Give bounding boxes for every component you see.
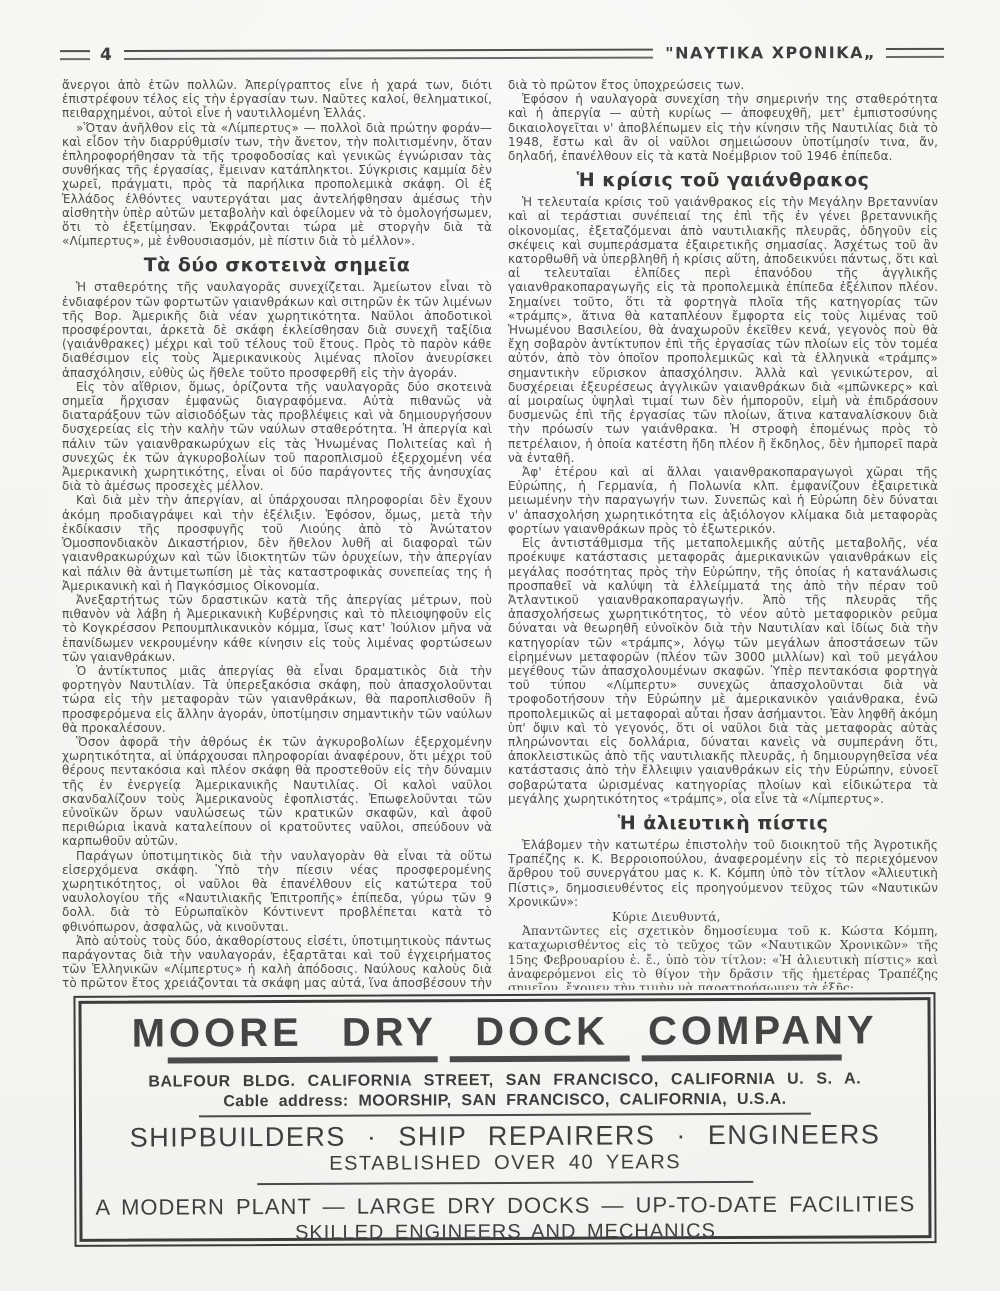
article-paragraph: Ἐλάβομεν τὴν κατωτέρω ἐπιστολὴν τοῦ διοι… (508, 838, 938, 909)
advertiser-name: MOORE DRY DOCK COMPANY (82, 1009, 928, 1055)
article-paragraph: ἄνεργοι ἀπὸ ἐτῶν πολλῶν. Ἀπερίγραπτος εἶ… (62, 78, 492, 121)
section-heading: Ἡ κρίσις τοῦ γαιάνθρακος (508, 168, 938, 192)
header-rule-left (60, 50, 90, 60)
article-paragraph: διὰ τὸ πρῶτον ἔτος ὑποχρεώσεις των. (508, 78, 938, 92)
header-rule-right (886, 48, 944, 58)
section-heading: Τὰ δύο σκοτεινὰ σημεῖα (62, 253, 492, 277)
article-paragraph: Ἀνεξαρτήτως τῶν δραστικῶν κατὰ τῆς ἀπεργ… (62, 593, 492, 664)
article-paragraph: »Ὅταν ἀνῆλθον εἰς τὰ «Λίμπερτυς» — πολλο… (62, 121, 492, 249)
title-underline (165, 1055, 845, 1064)
article-paragraph: Ἀπὸ αὐτοὺς τοὺς δύο, ἀκαθορίστους εἰσέτι… (62, 934, 492, 990)
article-paragraph: Εἰς τὸν αἴθριον, ὅμως, ὁρίζοντα τῆς ναυλ… (62, 380, 492, 494)
underline-segment (168, 1056, 438, 1063)
magazine-page: 4 "ΝΑΥΤΙΚΑ ΧΡΟΝΙΚΑ„ ἄνεργοι ἀπὸ ἐτῶν πολ… (0, 0, 1000, 1291)
underline-segment (642, 1055, 842, 1062)
article-paragraph: Ὅσον ἀφορᾶ τὴν ἀθρόως ἐκ τῶν ἀγκυροβολίω… (62, 735, 492, 849)
tagline-facilities: A MODERN PLANT — LARGE DRY DOCKS — UP-TO… (82, 1191, 928, 1220)
article-paragraph: Ἡ τελευταία κρίσις τοῦ γαιάνθρακος εἰς τ… (508, 195, 938, 465)
article-paragraph: Ἀπαντῶντες εἰς σχετικὸν δημοσίευμα τοῦ κ… (508, 924, 938, 990)
tagline-engineers: SKILLED ENGINEERS AND MECHANICS (82, 1219, 928, 1242)
article-paragraph: Κύριε Διευθυντά, (508, 910, 938, 924)
left-column: ἄνεργοι ἀπὸ ἐτῶν πολλῶν. Ἀπερίγραπτος εἶ… (62, 78, 492, 990)
established-line: ESTABLISHED OVER 40 YEARS (257, 1151, 753, 1185)
article-paragraph: Παράγων ὑποτιμητικὸς διὰ τὴν ναυλαγορὰν … (62, 849, 492, 934)
advertisement-inner-border: MOORE DRY DOCK COMPANY BALFOUR BLDG. CAL… (78, 997, 931, 1242)
page-header: 4 "ΝΑΥΤΙΚΑ ΧΡΟΝΙΚΑ„ (60, 45, 944, 63)
page-number: 4 (100, 47, 112, 63)
article-paragraph: Ἡ σταθερότης τῆς ναυλαγορᾶς συνεχίζεται.… (62, 280, 492, 379)
article-body: ἄνεργοι ἀπὸ ἐτῶν πολλῶν. Ἀπερίγραπτος εἶ… (62, 78, 938, 990)
services-line: SHIPBUILDERS · SHIP REPAIRERS · ENGINEER… (82, 1119, 928, 1153)
header-rule-center (124, 49, 653, 60)
article-paragraph: Ἀφ' ἑτέρου καὶ αἱ ἄλλαι γαιανθρακοπαραγω… (508, 465, 938, 536)
section-heading: Ἡ ἀλιευτικὴ πίστις (508, 811, 938, 835)
underline-segment (450, 1055, 630, 1062)
article-paragraph: Ἐφόσον ἡ ναυλαγορὰ συνεχίση τὴν σημερινή… (508, 92, 938, 163)
article-paragraph: Καὶ διὰ μὲν τὴν ἀπεργίαν, αἱ ὑπάρχουσαι … (62, 493, 492, 592)
advertisement-box: MOORE DRY DOCK COMPANY BALFOUR BLDG. CAL… (73, 992, 936, 1247)
right-column: διὰ τὸ πρῶτον ἔτος ὑποχρεώσεις των.Ἐφόσο… (508, 78, 938, 990)
magazine-masthead: "ΝΑΥΤΙΚΑ ΧΡΟΝΙΚΑ„ (665, 45, 876, 62)
article-paragraph: Ὁ ἀντίκτυπος μιᾶς ἀπεργίας θὰ εἶναι δραμ… (62, 664, 492, 735)
article-paragraph: Εἰς ἀντιστάθμισμα τῆς μεταπολεμικῆς αὐτῆ… (508, 536, 938, 806)
cable-address: Cable address: MOORSHIP, SAN FRANCISCO, … (199, 1090, 810, 1118)
